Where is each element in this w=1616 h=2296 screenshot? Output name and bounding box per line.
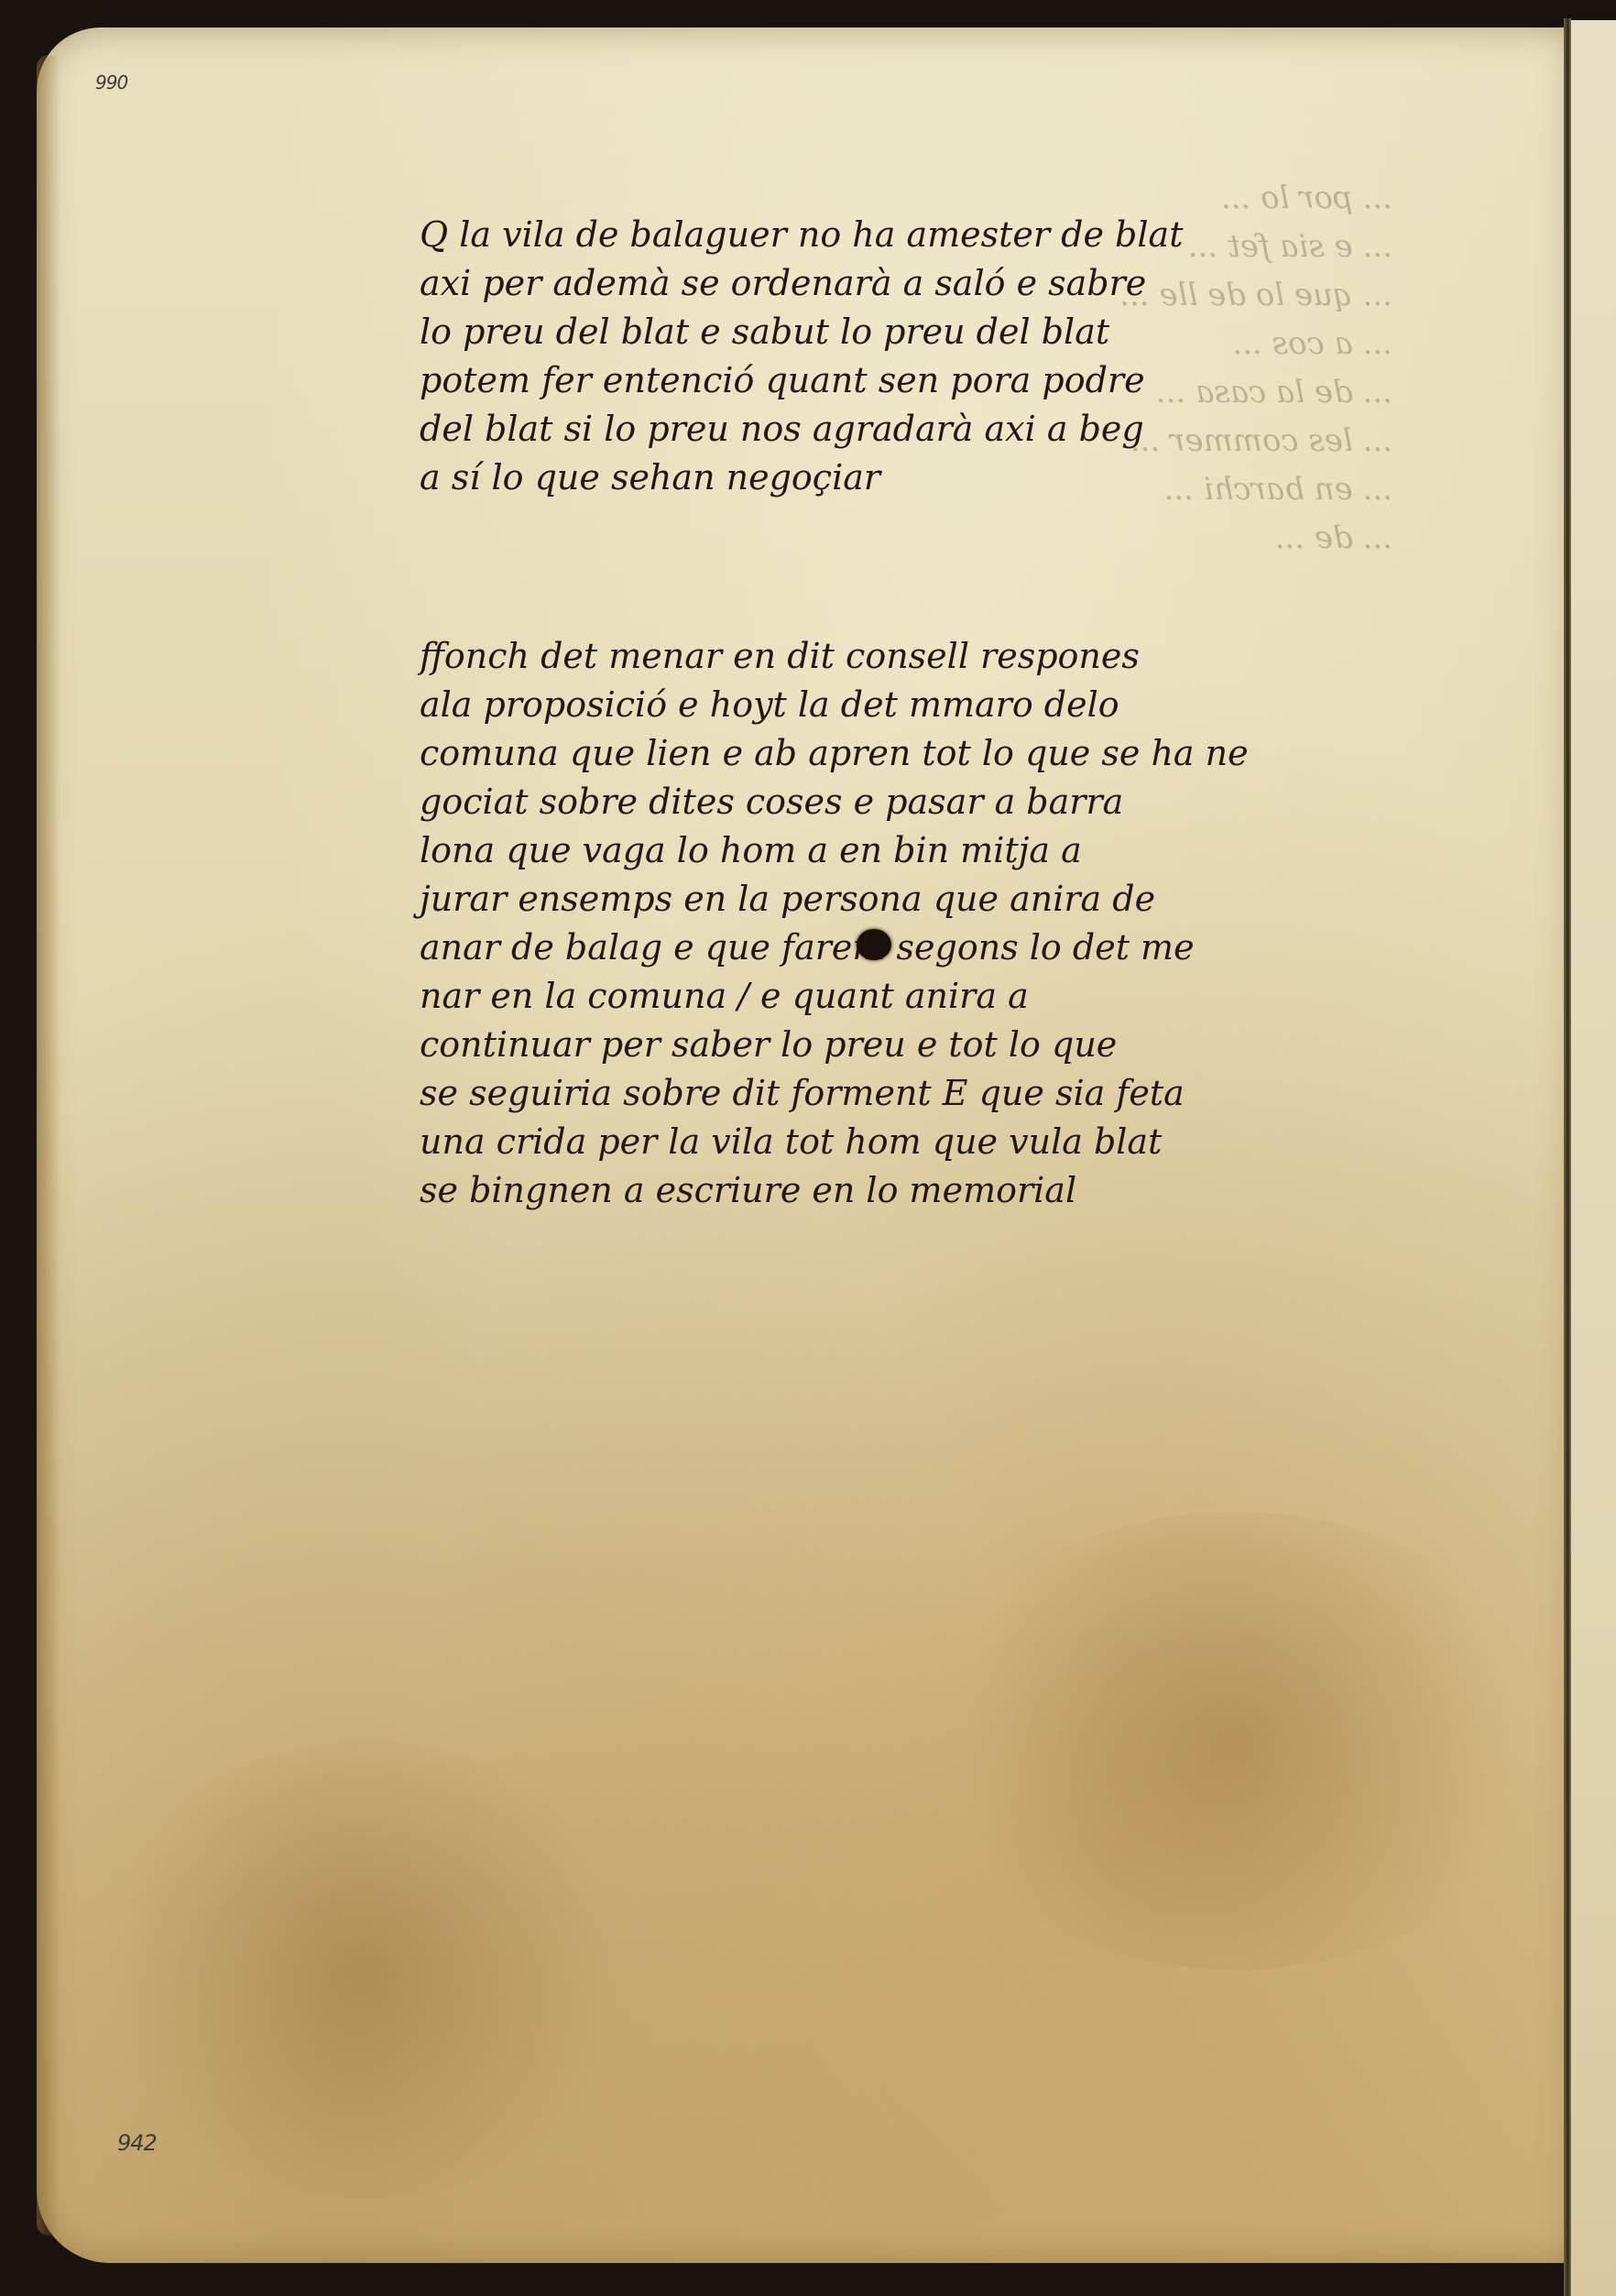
manuscript-line: jurar ensemps en la persona que anira de	[420, 875, 1249, 924]
water-stain	[92, 1741, 641, 2199]
facing-page-edge	[1571, 20, 1616, 2296]
manuscript-line: se seguiria sobre dit forment E que sia …	[420, 1069, 1249, 1118]
paragraph-1: Q la vila de balaguer no ha amester de b…	[420, 211, 1183, 502]
manuscript-line: lo preu del blat e sabut lo preu del bla…	[420, 308, 1183, 356]
manuscript-line: lona que vaga lo hom a en bin mitja a	[420, 826, 1249, 875]
folio-number-bottom: 942	[117, 2130, 157, 2156]
manuscript-line: ala proposició e hoyt la det mmaro delo	[420, 681, 1249, 729]
manuscript-line: ffonch det menar en dit consell respones	[420, 632, 1249, 681]
manuscript-line: potem fer entenció quant sen pora podre	[420, 356, 1183, 405]
folio-number-top: 990	[95, 71, 127, 93]
show-through-line: ... de ...	[1119, 514, 1392, 563]
manuscript-line: del blat si lo preu nos agradarà axi a b…	[420, 405, 1183, 454]
manuscript-line: gociat sobre dites coses e pasar a barra	[420, 778, 1249, 826]
manuscript-line: axi per ademà se ordenarà a saló e sabre	[420, 259, 1183, 308]
ink-blot	[857, 929, 891, 960]
manuscript-line: una crida per la vila tot hom que vula b…	[420, 1118, 1249, 1166]
manuscript-line: continuar per saber lo preu e tot lo que	[420, 1021, 1249, 1069]
page-left-edge-wear	[37, 55, 60, 2236]
paragraph-2: ffonch det menar en dit consell respones…	[420, 632, 1249, 1215]
binding-gutter	[1564, 18, 1571, 2296]
manuscript-line: a sí lo que sehan negoçiar	[420, 454, 1183, 502]
manuscript-line: nar en la comuna / e quant anira a	[420, 972, 1249, 1021]
manuscript-line: se bingnen a escriure en lo memorial	[420, 1166, 1249, 1215]
manuscript-line: comuna que lien e ab apren tot lo que se…	[420, 729, 1249, 778]
water-stain	[916, 1512, 1557, 1970]
manuscript-line: Q la vila de balaguer no ha amester de b…	[420, 211, 1183, 259]
manuscript-line: anar de balag e que farem segons lo det …	[420, 924, 1249, 972]
